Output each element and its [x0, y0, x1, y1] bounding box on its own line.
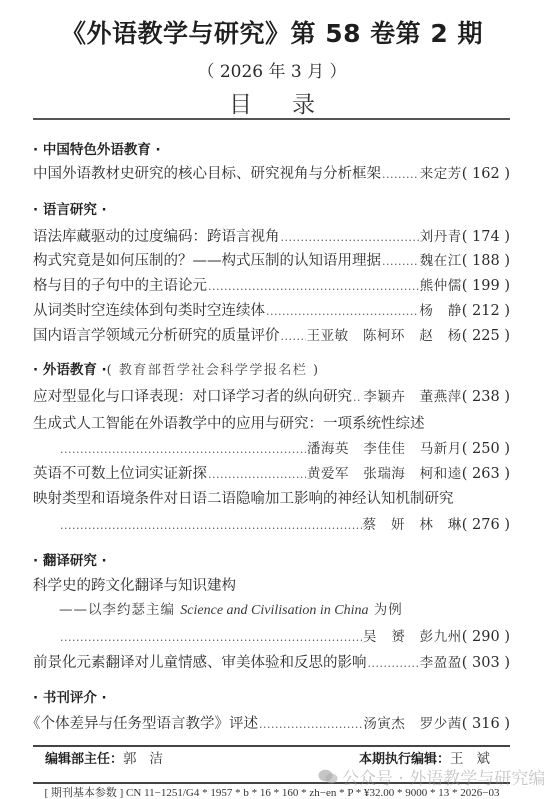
- article-authors: 来定芳: [420, 163, 462, 185]
- leader-dots: [382, 251, 419, 273]
- leader-dots: [368, 653, 419, 675]
- article-title: 映射类型和语境条件对日语二语隐喻加工影响的神经认知机制研究: [33, 488, 454, 510]
- toc-entry-title-line[interactable]: 科学史的跨文化翻译与知识建构: [33, 575, 510, 597]
- leader-dots: [353, 387, 362, 409]
- section-heading: · 语言研究 ·: [33, 200, 107, 220]
- toc-entry[interactable]: 中国外语教材史研究的核心目标、研究视角与分析框架 来定芳 ( 162 ): [33, 163, 510, 185]
- article-title: 生成式人工智能在外语教学中的应用与研究：一项系统性综述: [33, 413, 425, 435]
- section-heading: · 外语教育 ·( 教育部哲学社会科学学报名栏 ): [33, 360, 320, 380]
- leader-dots: [60, 627, 362, 649]
- page-number: ( 162 ): [462, 163, 510, 185]
- leader-dots: [382, 164, 419, 186]
- subtitle-book-title: Science and Civilisation in China: [180, 603, 368, 618]
- leader-dots: [208, 464, 306, 486]
- wechat-icon: [318, 769, 338, 784]
- article-authors: 李颖卉 董燕萍: [363, 386, 461, 408]
- toc-entry-continuation[interactable]: 吴 赟 彭九州 ( 290 ): [59, 626, 510, 648]
- section-heading-note: ( 教育部哲学社会科学学报名栏 ): [107, 363, 320, 378]
- article-title: 应对型显化与口译表现：对口译学习者的纵向研究: [33, 386, 352, 408]
- page-number: ( 316 ): [462, 713, 510, 735]
- leader-dots: [60, 515, 362, 537]
- page-number: ( 174 ): [462, 226, 510, 248]
- article-authors: 黄爱军 张瑞海 柯和逵: [307, 463, 462, 485]
- toc-entry[interactable]: 从词类时空连续体到句类时空连续体 杨 静 ( 212 ): [33, 300, 510, 322]
- watermark-text: 公众号 · 外语教学与研究编辑部: [342, 764, 544, 789]
- article-authors: 汤寅杰 罗少茜: [363, 713, 461, 735]
- toc-entry-continuation[interactable]: 蔡 妍 林 琳 ( 276 ): [59, 514, 510, 536]
- leader-dots: [259, 714, 362, 736]
- article-authors: 熊仲儒: [420, 275, 462, 297]
- toc-entry[interactable]: 国内语言学领域元分析研究的质量评价 王亚敏 陈柯环 赵 杨 ( 225 ): [33, 325, 510, 347]
- subtitle-prefix: ——以李约瑟主编: [59, 602, 180, 618]
- toc-entry[interactable]: 英语不可数上位词实证新探 黄爱军 张瑞海 柯和逵 ( 263 ): [33, 463, 510, 485]
- article-title: 国内语言学领域元分析研究的质量评价: [33, 325, 280, 347]
- journal-title: 《外语教学与研究》第 58 卷第 2 期: [0, 14, 544, 50]
- page-number: ( 290 ): [462, 626, 510, 648]
- article-authors: 王亚敏 陈柯环 赵 杨: [307, 325, 462, 347]
- page-number: ( 263 ): [462, 463, 510, 485]
- article-title: 中国外语教材史研究的核心目标、研究视角与分析框架: [33, 163, 381, 185]
- section-heading-label: · 外语教育 ·: [33, 362, 107, 378]
- toc-entry-title-line[interactable]: 生成式人工智能在外语教学中的应用与研究：一项系统性综述: [33, 413, 510, 435]
- toc-entry-continuation[interactable]: 潘海英 李佳佳 马新月 ( 250 ): [59, 438, 510, 460]
- article-subtitle: ——以李约瑟主编 Science and Civilisation in Chi…: [59, 599, 403, 622]
- article-title: 科学史的跨文化翻译与知识建构: [33, 575, 236, 597]
- article-title: 构式究竟是如何压制的？——构式压制的认知语用理据: [33, 250, 381, 272]
- chief-editor-name: 郭 洁: [123, 751, 163, 767]
- leader-dots: [208, 276, 419, 298]
- page-number: ( 250 ): [462, 438, 510, 460]
- section-heading: · 书刊评介 ·: [33, 688, 107, 708]
- article-authors: 吴 赟 彭九州: [363, 626, 462, 648]
- toc-entry[interactable]: 前景化元素翻译对儿童情感、审美体验和反思的影响 李盈盈 ( 303 ): [33, 652, 510, 674]
- toc-entry-title-line[interactable]: 映射类型和语境条件对日语二语隐喻加工影响的神经认知机制研究: [33, 488, 510, 510]
- leader-dots: [281, 227, 419, 249]
- footer-divider-top: [33, 745, 510, 747]
- leader-dots: [281, 326, 306, 348]
- article-title: 从词类时空连续体到句类时空连续体: [33, 300, 265, 322]
- chief-editor-label: 编辑部主任：: [45, 752, 123, 767]
- section-heading: · 中国特色外语教育 ·: [33, 140, 161, 160]
- toc-heading: 目录: [0, 86, 544, 119]
- subtitle-suffix: 为例: [369, 602, 403, 618]
- leader-dots: [266, 301, 418, 323]
- article-title: 语法库藏驱动的过度编码：跨语言视角: [33, 226, 280, 248]
- article-authors: 魏在江: [420, 250, 462, 272]
- toc-entry[interactable]: 语法库藏驱动的过度编码：跨语言视角 刘丹青 ( 174 ): [33, 226, 510, 248]
- toc-entry[interactable]: 《个体差异与任务型语言教学》评述 汤寅杰 罗少茜 ( 316 ): [33, 713, 510, 735]
- page-number: ( 225 ): [462, 325, 510, 347]
- page-number: ( 303 ): [462, 652, 510, 674]
- leader-dots: [60, 439, 306, 461]
- page-number: ( 199 ): [462, 275, 510, 297]
- toc-entry-subtitle-line: ——以李约瑟主编 Science and Civilisation in Chi…: [59, 599, 510, 621]
- page-number: ( 276 ): [462, 514, 510, 536]
- chief-editor: 编辑部主任：郭 洁: [45, 749, 163, 767]
- article-authors: 刘丹青: [420, 226, 462, 248]
- toc-entry[interactable]: 构式究竟是如何压制的？——构式压制的认知语用理据 魏在江 ( 188 ): [33, 250, 510, 272]
- article-authors: 杨 静: [419, 300, 461, 322]
- article-authors: 李盈盈: [420, 652, 462, 674]
- toc-entry[interactable]: 应对型显化与口译表现：对口译学习者的纵向研究 李颖卉 董燕萍 ( 238 ): [33, 386, 510, 408]
- article-title: 英语不可数上位词实证新探: [33, 463, 207, 485]
- issue-date: （ 2026 年 3 月 ）: [0, 57, 544, 82]
- page-number: ( 238 ): [462, 386, 510, 408]
- watermark: 公众号 · 外语教学与研究编辑部: [318, 764, 544, 789]
- section-heading: · 翻译研究 ·: [33, 551, 107, 571]
- article-title: 格与目的子句中的主语论元: [33, 275, 207, 297]
- article-title: 《个体差异与任务型语言教学》评述: [26, 713, 258, 735]
- page-number: ( 212 ): [462, 300, 510, 322]
- article-authors: 蔡 妍 林 琳: [363, 514, 462, 536]
- page-number: ( 188 ): [462, 250, 510, 272]
- header-divider: [33, 118, 510, 120]
- article-authors: 潘海英 李佳佳 马新月: [307, 438, 462, 460]
- article-title: 前景化元素翻译对儿童情感、审美体验和反思的影响: [33, 652, 367, 674]
- toc-entry[interactable]: 格与目的子句中的主语论元 熊仲儒 ( 199 ): [33, 275, 510, 297]
